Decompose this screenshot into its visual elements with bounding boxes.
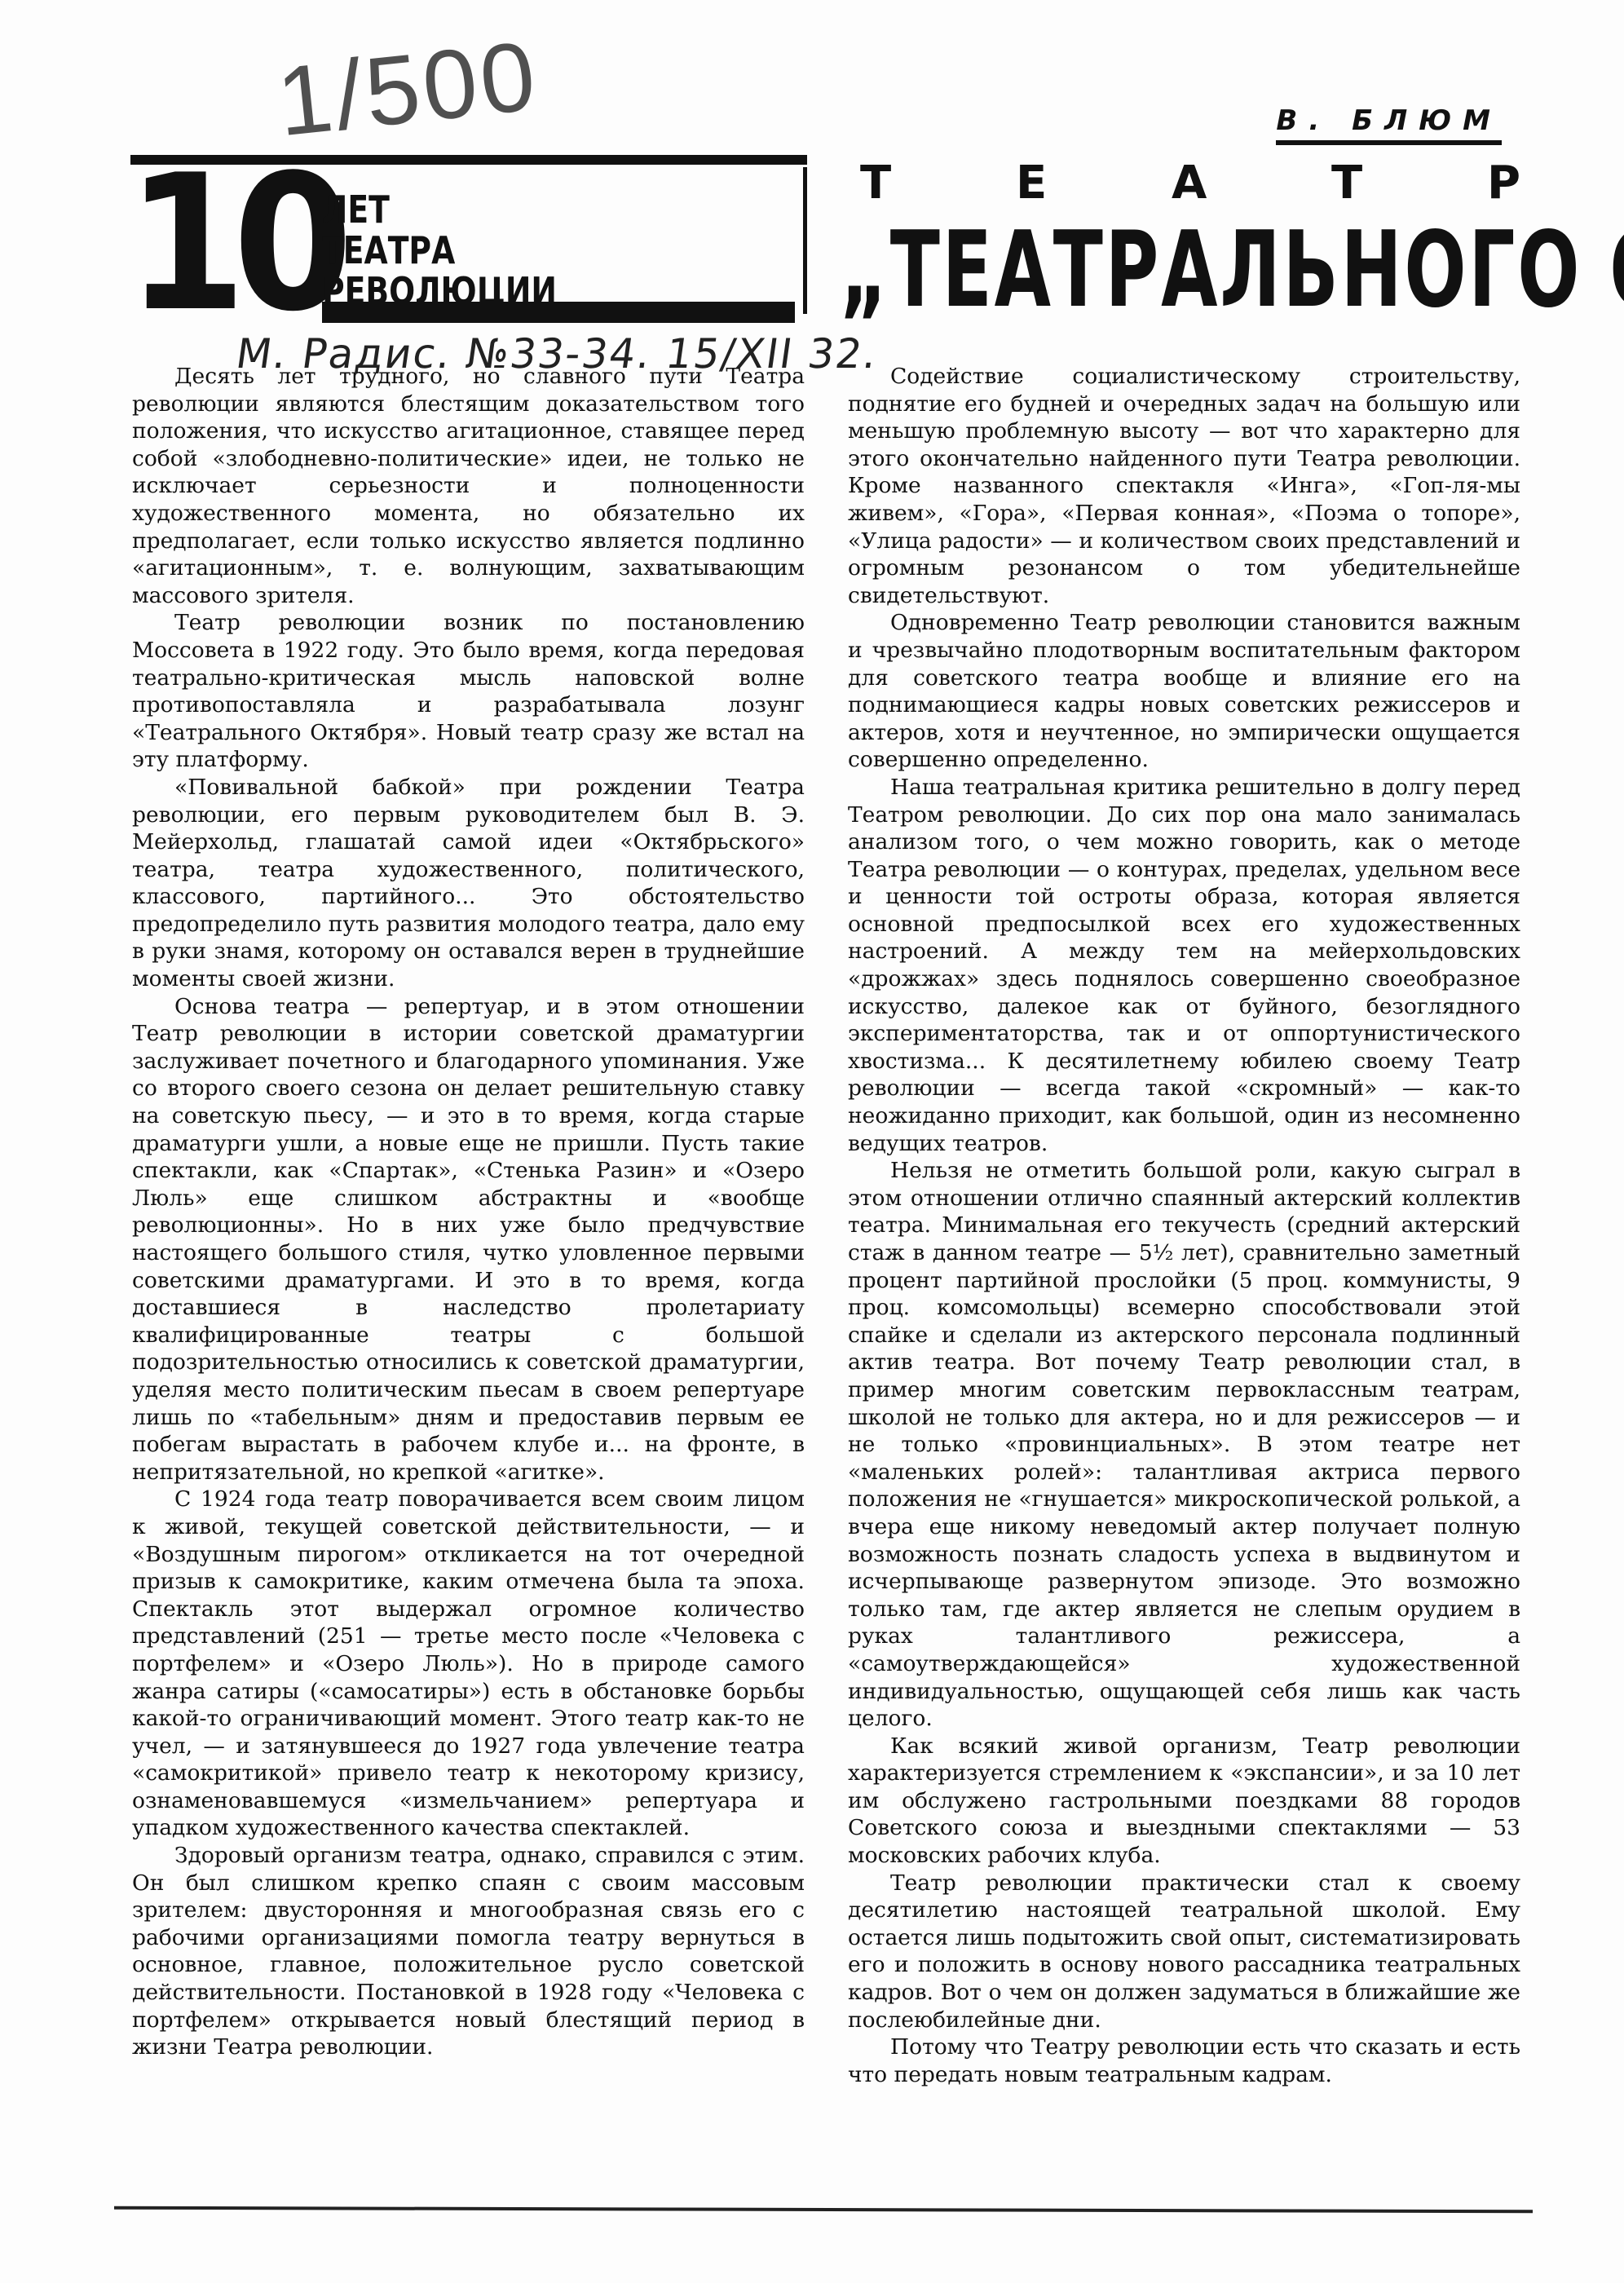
masthead-bottom-bar [322,302,795,323]
paragraph: Нельзя не отметить большой роли, какую с… [848,1157,1520,1732]
masthead-line: ТЕАТРА [322,230,557,271]
paragraph: Как всякий живой организм, Театр революц… [848,1733,1520,1870]
headline-letter: Т [1331,157,1362,210]
article-column-right: Содействие социалистическому строительст… [848,363,1520,2088]
headline-letter: Т [860,157,891,210]
bottom-rule [114,2206,1533,2214]
masthead-line: ЛЕТ [322,189,557,230]
paragraph: «Повивальной бабкой» при рождении Театра… [132,774,805,993]
paragraph: Театр революции возник по постановлению … [132,609,805,774]
masthead-caption: ЛЕТ ТЕАТРА РЕВОЛЮЦИИ [322,189,557,311]
paragraph: Здоровый организм театра, однако, справи… [132,1842,805,2061]
headline-letter: Р [1487,157,1520,210]
paragraph: Десять лет трудного, но славного пути Те… [132,363,805,609]
paragraph: Наша театральная критика решительно в до… [848,774,1520,1157]
paragraph: Театр революции практически стал к своем… [848,1870,1520,2034]
paragraph: Основа театра — репертуар, и в этом отно… [132,993,805,1486]
headline-letter: А [1172,157,1207,210]
paragraph: С 1924 года театр поворачивается всем св… [132,1486,805,1842]
headline-letter: Е [1016,157,1047,210]
headline-main: „ТЕАТРАЛЬНОГО ОКТЯБРЯ“ [840,214,1624,328]
headline-kicker: Т Е А Т Р [860,157,1520,210]
paragraph: Содействие социалистическому строительст… [848,363,1520,609]
paragraph: Потому что Театру революции есть что ска… [848,2034,1520,2088]
anniversary-number: 10 [126,163,339,326]
article-column-left: Десять лет трудного, но славного пути Те… [132,363,805,2061]
author-byline: В. БЛЮМ [1276,104,1502,145]
paragraph: Одновременно Театр революции становится … [848,609,1520,774]
